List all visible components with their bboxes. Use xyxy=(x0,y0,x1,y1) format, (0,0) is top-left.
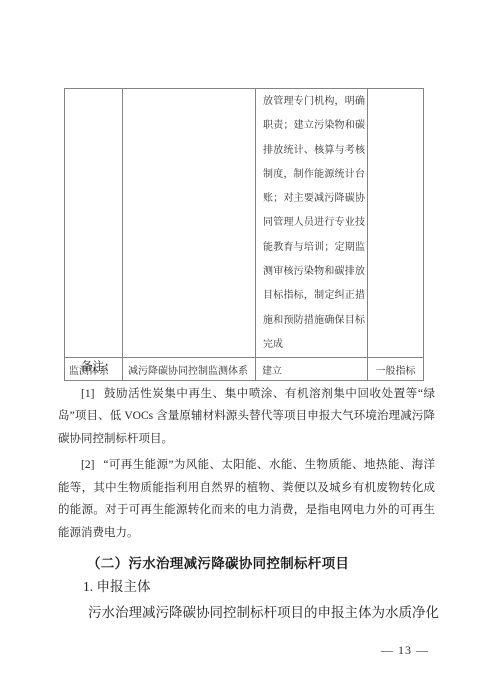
table-cell-empty-indicator xyxy=(123,89,256,358)
body-paragraph: 污水治理减污降碳协同控制标杆项目的申报主体为水质净化 xyxy=(58,601,440,621)
footnote-1-text: 鼓励活性炭集中再生、集中喷涂、有机溶剂集中回收处置等“绿岛”项目、低 VOCs … xyxy=(58,388,435,445)
footnote-2: [2]“可再生能源”为风能、太阳能、水能、生物质能、地热能、海洋能等，其中生物质… xyxy=(58,454,435,544)
table-cell-empty-grade xyxy=(368,89,424,358)
page-number: — 13 — xyxy=(381,643,429,658)
footnote-2-marker: [2] xyxy=(81,459,94,471)
table-cell-measures-text: 放管理专门机构，明确职责；建立污染物和碳排放统计、核算与考核制度，制作能源统计台… xyxy=(256,89,368,358)
footnote-2-text: “可再生能源”为风能、太阳能、水能、生物质能、地热能、海洋能等，其中生物质能指利… xyxy=(58,459,435,539)
section-heading-level2: （二）污水治理减污降碳协同控制标杆项目 xyxy=(58,552,440,572)
document-page: 放管理专门机构，明确职责；建立污染物和碳排放统计、核算与考核制度，制作能源统计台… xyxy=(0,0,495,699)
footnotes-block: 备注： [1]鼓励活性炭集中再生、集中喷涂、有机溶剂集中回收处置等“绿岛”项目、… xyxy=(58,356,435,544)
indicator-table: 放管理专门机构，明确职责；建立污染物和碳排放统计、核算与考核制度，制作能源统计台… xyxy=(64,88,424,381)
footnotes-label: 备注： xyxy=(58,356,435,379)
table-cell-empty-category xyxy=(65,89,123,358)
section-heading-level3: 1. 申报主体 xyxy=(58,575,440,595)
table-row-continuation: 放管理专门机构，明确职责；建立污染物和碳排放统计、核算与考核制度，制作能源统计台… xyxy=(65,89,424,358)
footnote-1-marker: [1] xyxy=(81,388,94,400)
footnote-1: [1]鼓励活性炭集中再生、集中喷涂、有机溶剂集中回收处置等“绿岛”项目、低 VO… xyxy=(58,383,435,451)
